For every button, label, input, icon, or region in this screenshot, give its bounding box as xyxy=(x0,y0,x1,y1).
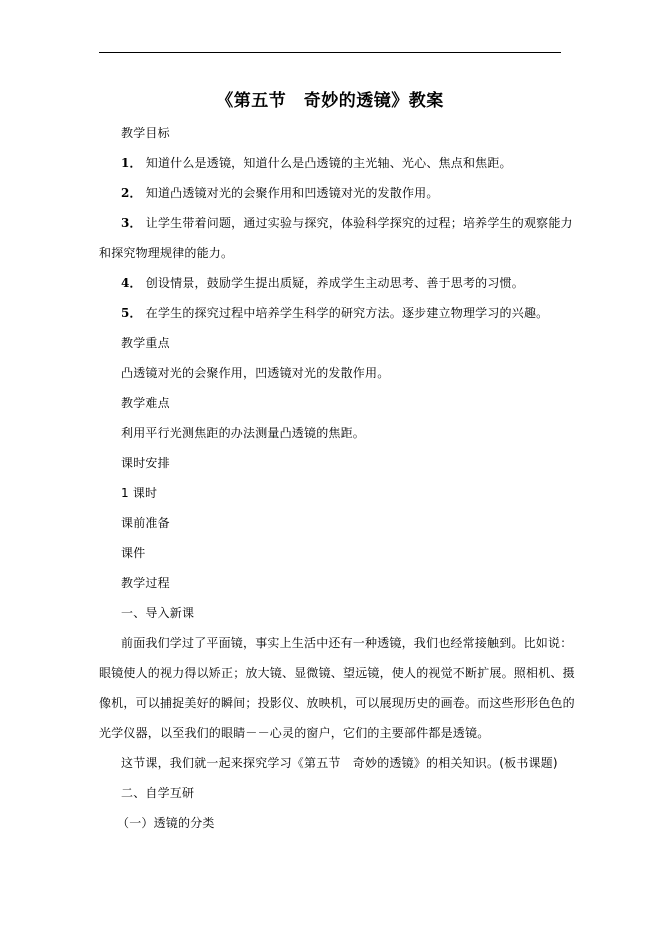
process-heading: 教学过程 xyxy=(99,575,561,591)
part2-heading: 二、自学互研 xyxy=(99,785,561,801)
schedule-heading: 课时安排 xyxy=(99,455,561,471)
objective-text: 知道什么是透镜，知道什么是凸透镜的主光轴、光心、焦点和焦距。 xyxy=(146,156,512,170)
objectives-heading: 教学目标 xyxy=(99,125,561,141)
key-points-heading: 教学重点 xyxy=(99,335,561,351)
schedule-text: 1 课时 xyxy=(99,485,561,501)
objective-item-3-continued: 和探究物理规律的能力。 xyxy=(99,245,561,261)
intro-paragraph-line-3: 像机，可以捕捉美好的瞬间；投影仪、放映机，可以展现历史的画卷。而这些形形色色的 xyxy=(99,695,561,711)
preparation-heading: 课前准备 xyxy=(99,515,561,531)
difficulties-heading: 教学难点 xyxy=(99,395,561,411)
objective-item-4: 4．创设情景，鼓励学生提出质疑，养成学生主动思考、善于思考的习惯。 xyxy=(99,275,561,291)
objective-item-1: 1．知道什么是透镜，知道什么是凸透镜的主光轴、光心、焦点和焦距。 xyxy=(99,155,561,171)
objective-text: 让学生带着问题，通过实验与探究，体验科学探究的过程；培养学生的观察能力 xyxy=(146,216,573,230)
preparation-text: 课件 xyxy=(99,545,561,561)
header-rule xyxy=(99,52,561,53)
objective-item-2: 2．知道凸透镜对光的会聚作用和凹透镜对光的发散作用。 xyxy=(99,185,561,201)
objective-item-3: 3．让学生带着问题，通过实验与探究，体验科学探究的过程；培养学生的观察能力 xyxy=(99,215,561,231)
difficulties-text: 利用平行光测焦距的办法测量凸透镜的焦距。 xyxy=(99,425,561,441)
objective-number: 3． xyxy=(121,216,142,230)
objective-text: 知道凸透镜对光的会聚作用和凹透镜对光的发散作用。 xyxy=(146,186,439,200)
objective-number: 1． xyxy=(121,156,142,170)
intro-paragraph-2: 这节课，我们就一起来探究学习《第五节 奇妙的透镜》的相关知识。(板书课题) xyxy=(99,755,561,771)
intro-paragraph-line-1: 前面我们学过了平面镜，事实上生活中还有一种透镜，我们也经常接触到。比如说： xyxy=(99,635,561,651)
objective-item-5: 5．在学生的探究过程中培养学生科学的研究方法。逐步建立物理学习的兴趣。 xyxy=(99,305,561,321)
objective-text: 创设情景，鼓励学生提出质疑，养成学生主动思考、善于思考的习惯。 xyxy=(146,276,524,290)
objective-text: 在学生的探究过程中培养学生科学的研究方法。逐步建立物理学习的兴趣。 xyxy=(146,306,549,320)
objective-number: 4． xyxy=(121,276,142,290)
intro-paragraph-line-4: 光学仪器，以至我们的眼睛－－心灵的窗户，它们的主要部件都是透镜。 xyxy=(99,725,561,741)
document-title: 《第五节 奇妙的透镜》教案 xyxy=(99,90,561,112)
objective-number: 2． xyxy=(121,186,142,200)
part1-heading: 一、导入新课 xyxy=(99,605,561,621)
intro-paragraph-line-2: 眼镜使人的视力得以矫正；放大镜、显微镜、望远镜，使人的视觉不断扩展。照相机、摄 xyxy=(99,665,561,681)
part2-subheading-1: （一）透镜的分类 xyxy=(99,815,561,831)
key-points-text: 凸透镜对光的会聚作用，凹透镜对光的发散作用。 xyxy=(99,365,561,381)
objective-number: 5． xyxy=(121,306,142,320)
